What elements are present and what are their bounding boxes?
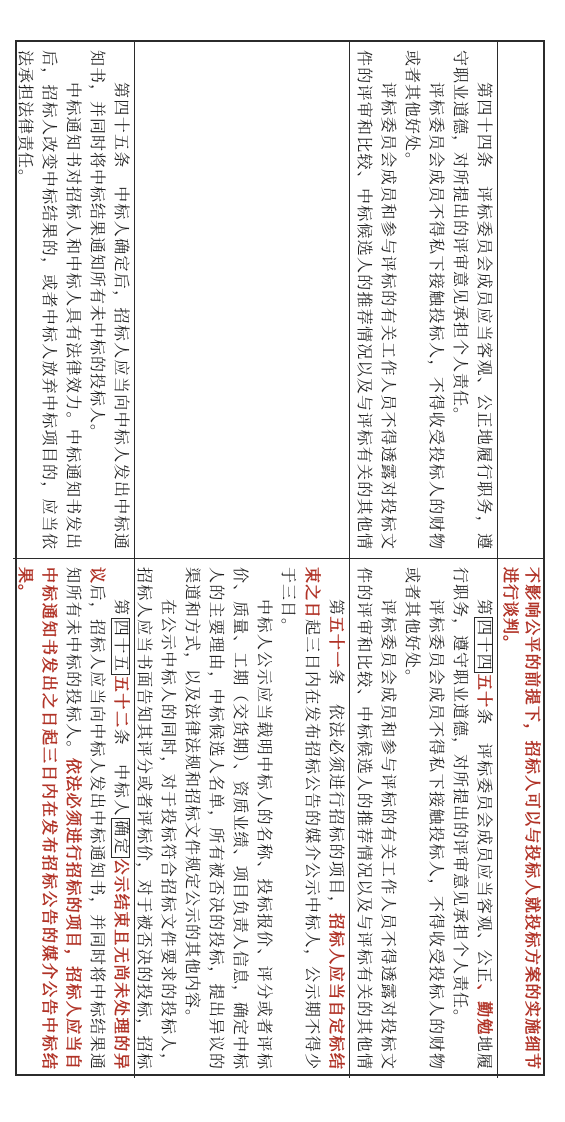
text-run: 评标委员会成员不得私下接触投标人，不得收受投标人的财物或者其他好处。 xyxy=(403,567,444,1070)
text-run: 评标委员会成员和参与评标的有关工作人员不得透露对投标文件的评审和比较、中标候选人… xyxy=(350,567,396,1070)
text-run: 条 中标人 xyxy=(112,729,129,817)
text-run: 第 xyxy=(112,599,129,617)
cell-row3-original-empty xyxy=(135,42,350,558)
paragraph: 第四十五条 中标人确定后，招标人应当向中标人发出中标通知书，并同时将中标结果通知… xyxy=(84,50,132,550)
paragraph: 评标委员会成员不得私下接触投标人，不得收受投标人的财物或者其他好处。 xyxy=(399,50,447,550)
paragraph: 不影响公平的前提下，招标人可以与投标人就投标方案的实施细节进行谈判。 xyxy=(498,567,542,1070)
text-run: 起三日内在发布招标公告的媒介公示中标人，公示期不得少于三日。 xyxy=(279,567,320,1070)
text-run: 评标委员会成员不得私下接触投标人，不得收受投标人的财物或者其他好处。 xyxy=(403,50,444,550)
text-run: 第四十五条 中标人确定后，招标人应当向中标人发出中标通知书，并同时将中标结果通知… xyxy=(88,50,129,550)
text-run: 第四十四条 评标委员会成员应当客观、公正地履行职务，遵守职业道德，对所提出的评审… xyxy=(451,50,492,550)
paragraph: 在公示中标人的同时，对于投标符合招标文件要求的投标人，招标人应当书面告知其评分或… xyxy=(135,567,179,1070)
text-run: 在公示中标人的同时，对于投标符合招标文件要求的投标人，招标人应当书面告知其评分或… xyxy=(135,567,176,1070)
cell-article-51-revised: 第五十一条 依法必须进行招标的项目，招标人应当自定标结束之日起三日内在发布招标公… xyxy=(135,558,350,1078)
cell-article-44-original: 第四十四条 评标委员会成员应当客观、公正地履行职务，遵守职业道德，对所提出的评审… xyxy=(350,42,498,558)
text-run: 第 xyxy=(327,599,344,616)
paragraph: 第五十一条 依法必须进行招标的项目，招标人应当自定标结束之日起三日内在发布招标公… xyxy=(275,567,347,1070)
text-run: 中标人公示应当载明中标人的名称、投标报价、评分或者评标价、质量、工期（交货期）、… xyxy=(183,567,272,1070)
inserted-text: 五十 xyxy=(475,674,492,708)
text-run: 评标委员会成员和参与评标的有关工作人员不得透露对投标文件的评审和比较、中标候选人… xyxy=(350,50,396,550)
text-run: 中标通知书对招标人和中标人具有法律效力。中标通知书发出后，招标人改变中标结果的，… xyxy=(16,50,81,550)
paragraph: 评标委员会成员不得私下接触投标人，不得收受投标人的财物或者其他好处。 xyxy=(399,567,447,1070)
paragraph: 中标人公示应当载明中标人的名称、投标报价、评分或者评标价、质量、工期（交货期）、… xyxy=(179,567,275,1070)
deleted-text-box: 四十五 xyxy=(111,618,130,675)
paragraph: 评标委员会成员和参与评标的有关工作人员不得透露对投标文件的评审和比较、中标候选人… xyxy=(350,50,399,550)
text-run: 条 评标委员会成员应当客观、公正 xyxy=(475,708,492,984)
scanned-document-page: 不影响公平的前提下，招标人可以与投标人就投标方案的实施细节进行谈判。 第四十四条… xyxy=(0,0,565,1122)
cell-article-52-revised: 第四十五五十二条 中标人确定公示结束且无尚未处理的异议后，招标人应当向中标人发出… xyxy=(13,558,135,1078)
deleted-text-box: 四十四 xyxy=(474,617,493,673)
paragraph: 第四十五五十二条 中标人确定公示结束且无尚未处理的异议后，招标人应当向中标人发出… xyxy=(13,567,132,1070)
paragraph: 第四十四条 评标委员会成员应当客观、公正地履行职务，遵守职业道德，对所提出的评审… xyxy=(447,50,495,550)
paragraph: 第四十四五十条 评标委员会成员应当客观、公正、勤勉地履行职务，遵守职业道德，对所… xyxy=(447,567,495,1070)
text-run: 第 xyxy=(475,599,492,616)
paragraph: 中标通知书对招标人和中标人具有法律效力。中标通知书发出后，招标人改变中标结果的，… xyxy=(13,50,84,550)
cell-article-45-original: 第四十五条 中标人确定后，招标人应当向中标人发出中标通知书，并同时将中标结果通知… xyxy=(13,42,135,558)
inserted-text: 不影响公平的前提下，招标人可以与投标人就投标方案的实施细节进行谈判。 xyxy=(501,567,540,1070)
text-run: 条 依法必须进行招标的项目， xyxy=(327,669,344,913)
inserted-text: 五十一 xyxy=(327,616,344,668)
inserted-text: 、勤勉 xyxy=(475,984,492,1036)
cell-article-50-revised: 第四十四五十条 评标委员会成员应当客观、公正、勤勉地履行职务，遵守职业道德，对所… xyxy=(350,558,498,1078)
law-comparison-table: 不影响公平的前提下，招标人可以与投标人就投标方案的实施细节进行谈判。 第四十四条… xyxy=(15,40,545,1076)
deleted-text-box: 确定 xyxy=(111,818,130,857)
rotated-document-sheet: 不影响公平的前提下，招标人可以与投标人就投标方案的实施细节进行谈判。 第四十四条… xyxy=(0,0,565,1122)
inserted-text: 五十二 xyxy=(112,676,129,729)
cell-row1-original-empty xyxy=(498,42,543,558)
cell-row1-revised-continuation: 不影响公平的前提下，招标人可以与投标人就投标方案的实施细节进行谈判。 xyxy=(498,558,543,1078)
paragraph: 评标委员会成员和参与评标的有关工作人员不得透露对投标文件的评审和比较、中标候选人… xyxy=(350,567,399,1070)
